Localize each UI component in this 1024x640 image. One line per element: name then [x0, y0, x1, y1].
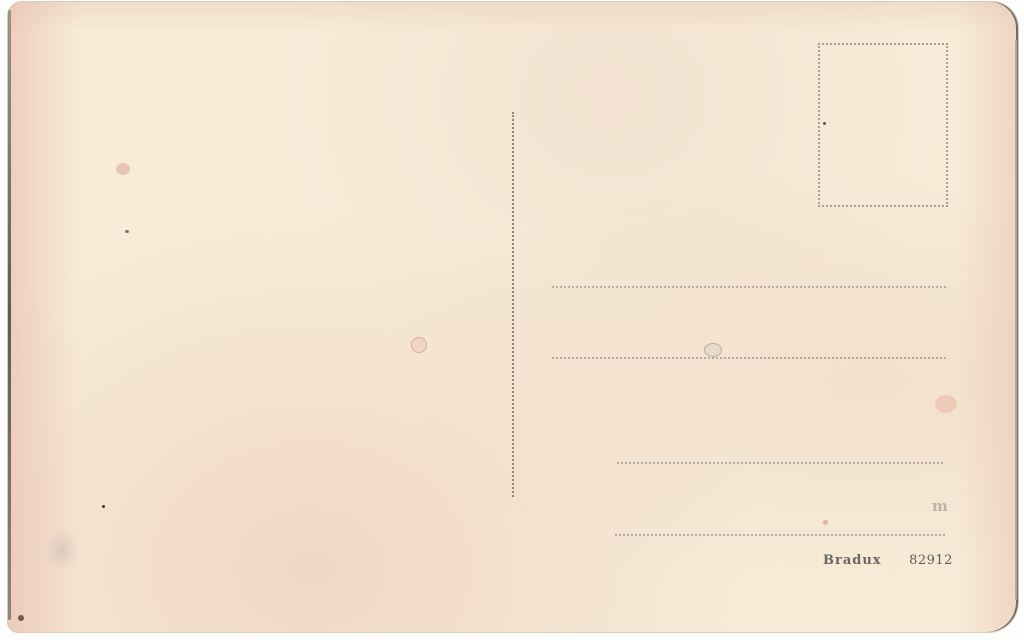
- card-right-edge: [1015, 40, 1017, 600]
- ink-dot: [125, 230, 129, 233]
- faint-stamp-mark: m: [932, 497, 948, 515]
- address-line: [552, 357, 946, 359]
- card-left-edge: [8, 10, 11, 620]
- foxing-spot: [704, 343, 722, 357]
- publisher-name: Bradux: [823, 553, 882, 568]
- address-line: [617, 462, 943, 464]
- publisher-imprint: Bradux 82912: [823, 553, 953, 568]
- address-line: [552, 286, 946, 288]
- foxing-spot: [411, 337, 427, 353]
- ink-dot: [102, 505, 105, 508]
- message-address-divider: [512, 112, 514, 497]
- address-line: [615, 534, 945, 536]
- catalog-number: 82912: [909, 553, 953, 568]
- foxing-spot: [935, 395, 957, 413]
- foxing-spot: [116, 163, 130, 175]
- foxing-spot: [823, 520, 828, 525]
- scan-background: m Bradux 82912: [0, 0, 1024, 640]
- ink-dot: [18, 615, 24, 621]
- stamp-box: [818, 43, 948, 207]
- smudge-stain: [44, 528, 80, 572]
